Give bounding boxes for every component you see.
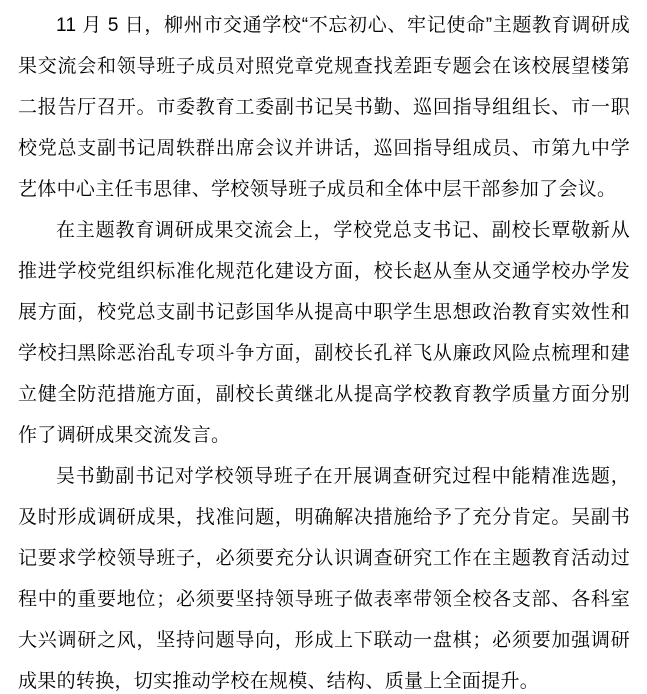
paragraph-exchange-speakers: 在主题教育调研成果交流会上，学校党总支书记、副校长覃敬新从推进学校党组织标准化规… bbox=[18, 210, 630, 456]
document-page: 11 月 5 日，柳州市交通学校“不忘初心、牢记使命”主题教育调研成果交流会和领… bbox=[0, 0, 647, 694]
paragraph-leader-remarks: 吴书勤副书记对学校领导班子在开展调查研究过程中能精准选题，及时形成调研成果，找准… bbox=[18, 456, 630, 694]
paragraph-meeting-announcement: 11 月 5 日，柳州市交通学校“不忘初心、牢记使命”主题教育调研成果交流会和领… bbox=[18, 5, 630, 210]
